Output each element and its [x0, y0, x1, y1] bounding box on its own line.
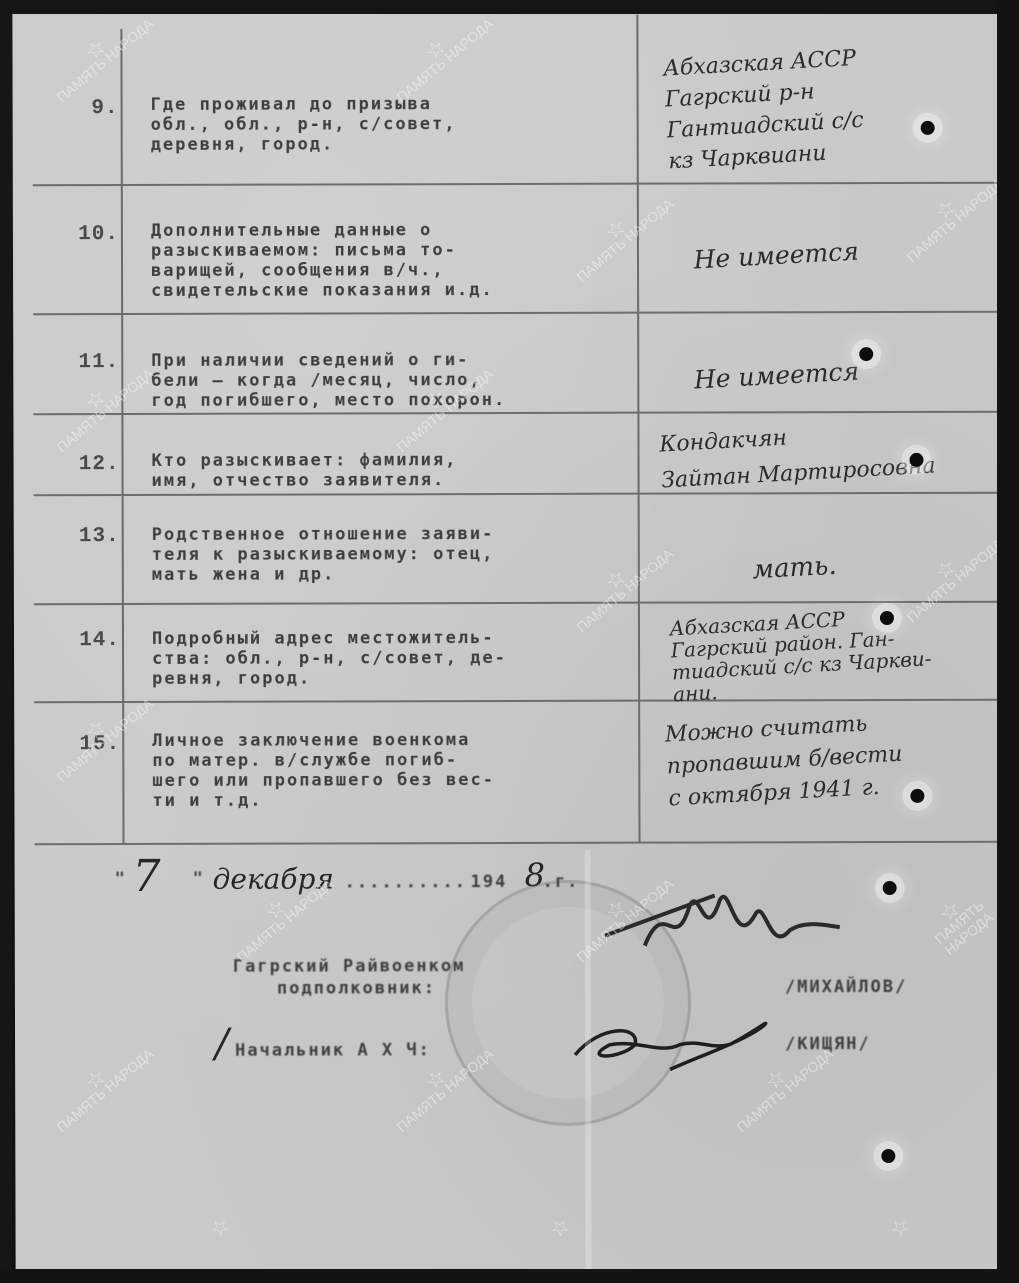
row-divider	[34, 492, 1006, 497]
row-answer: Абхазская АССР Гагрский р-н Гантиадский …	[662, 35, 1008, 177]
scan-border-top	[0, 0, 1019, 14]
row-question: При наличии сведений о ги- бели – когда …	[151, 350, 641, 411]
row-answer: Можно считать пропавшим б/вести с октябр…	[664, 701, 1009, 816]
signer-title-line1: Гагрский Райвоенком	[233, 956, 466, 977]
row-answer: Кондакчян Зайтан Мартиросовна	[658, 409, 1001, 500]
signer-title-2: Начальник А Х Ч:	[235, 1040, 431, 1061]
row-answer: мать.	[752, 539, 1019, 584]
date-dots: ..........	[345, 872, 467, 892]
handwritten-slash: /	[215, 1021, 229, 1067]
signature-1-icon	[605, 875, 845, 966]
paper-hole	[859, 347, 873, 361]
row-question: Личное заключение военкома по матер. в/с…	[152, 730, 642, 811]
paper-hole	[880, 611, 894, 625]
row-number: 12.	[60, 453, 120, 476]
table-column-divider-left	[120, 29, 124, 844]
row-number: 14.	[60, 629, 120, 652]
date-close-quote: "	[193, 869, 205, 889]
row-number: 11.	[59, 351, 119, 374]
paper-hole	[883, 881, 897, 895]
row-divider	[33, 411, 1005, 416]
paper-fold	[585, 850, 592, 1283]
row-number: 9.	[59, 97, 119, 120]
paper-hole	[921, 121, 935, 135]
date-open-quote: "	[115, 869, 127, 889]
row-question: Родственное отношение заяви- теля к разы…	[152, 524, 642, 585]
row-number: 13.	[60, 525, 120, 548]
row-question: Подробный адрес местожитель- ства: обл.,…	[152, 628, 642, 689]
row-question: Где проживал до призыва обл., обл., р-н,…	[151, 94, 641, 155]
row-divider	[35, 841, 1007, 846]
date-month: декабря	[213, 862, 334, 895]
row-answer: Абхазская АССР Гагрский район. Ган- тиад…	[669, 599, 1013, 706]
row-divider	[34, 699, 1006, 704]
row-number: 15.	[60, 733, 120, 756]
date-day: 7	[133, 851, 161, 902]
signature-2-icon	[570, 1014, 780, 1075]
scan-border-right	[997, 0, 1019, 1283]
signer-name-1: /МИХАЙЛОВ/	[785, 977, 907, 997]
row-question: Кто разыскивает: фамилия, имя, отчество …	[152, 450, 642, 491]
signer-name-2: /КИЩЯН/	[785, 1034, 871, 1054]
row-divider	[33, 182, 1005, 187]
paper-hole	[910, 789, 924, 803]
row-divider	[34, 601, 1006, 606]
row-answer: Не имеется	[693, 229, 1019, 274]
scan-border-left	[0, 0, 12, 1283]
paper-hole	[881, 1149, 895, 1163]
row-divider	[33, 311, 1005, 316]
row-number: 10.	[59, 223, 119, 246]
document-page: 9. Где проживал до призыва обл., обл., р…	[12, 9, 1007, 1274]
date-year: 194	[471, 872, 508, 892]
scan-border-bottom	[0, 1269, 1019, 1283]
row-question: Дополнительные данные о разыскиваемом: п…	[151, 220, 641, 301]
signer-title-line2: подполковник:	[277, 978, 436, 998]
paper-hole	[910, 453, 924, 467]
row-answer: Не имеется	[693, 349, 1019, 394]
